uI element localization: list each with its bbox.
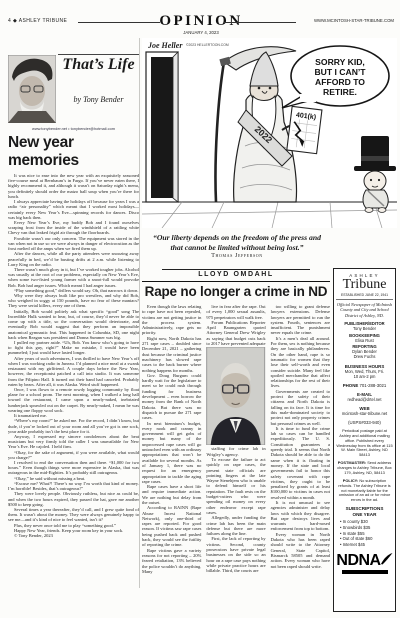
pull-quote: “Our liberty depends on the freedom of t…: [146, 233, 328, 259]
thats-life-rule: [58, 54, 139, 55]
svg-text:RETIRE.: RETIRE.: [323, 87, 357, 97]
body-paragraph: © Tony Bender, 2023: [8, 533, 139, 538]
body-paragraph: I resolved to end the conversation then …: [8, 460, 139, 476]
article-column-2-bottom: staffing for crime lab in Wrigley’s agen…: [206, 446, 265, 573]
policy-notice: POLICY: No subscription refunds. The Ash…: [336, 479, 393, 503]
column-divider: [139, 38, 140, 588]
body-paragraph: There wasn’t much glory in it, but I’ve …: [8, 267, 139, 288]
article-column-3: too willing to grant defense lawyers ext…: [271, 304, 330, 586]
body-paragraph: I always appreciate having the holidays …: [8, 199, 139, 220]
business-hours: Mon, Wed, Thurs, Fri. 10 am-2 pm: [336, 369, 393, 379]
postmaster-notice: POSTMASTER: Send address changes to Ashl…: [336, 461, 393, 476]
article-paragraph: Rape victims gave a variety reasons for …: [142, 548, 201, 574]
thats-life-headline: New year memories: [8, 134, 139, 170]
publication-name: ASHLEY TRIBUNE: [19, 18, 68, 24]
subscription-rate: Internet $45: [340, 542, 393, 548]
401k-chart-paper: 401(k): [287, 106, 322, 153]
article-paragraph: Even though the laws relating to rape ha…: [142, 304, 201, 336]
article-paragraph: Forum Publications Reporter April Baumga…: [206, 320, 265, 346]
cartoonist-credit: ©2023 HELLERTOON.COM: [186, 43, 229, 47]
article-column-2: live in fear after the rape. Out of ever…: [206, 304, 265, 586]
body-paragraph: Why were they always built like pro wres…: [8, 293, 139, 309]
lloyd-omdahl-photo: [206, 347, 265, 445]
editorial-cartoon: Joe Heller ©2023 HELLERTOON.COM: [142, 38, 397, 228]
quote-attribution: Thomas Jefferson: [146, 253, 328, 259]
article-paragraph: too willing to grant defense lawyers ext…: [271, 304, 330, 336]
phone-number: 701-288-3021: [360, 383, 387, 388]
issue-date: JANUARY 4, 2023: [183, 30, 218, 35]
header-rule-left: [78, 22, 160, 23]
body-paragraph: Several times a year thereafter, they’d …: [8, 507, 139, 523]
quill-icon: [381, 553, 393, 565]
staff-name: Dylan Bender Drew Fuchs: [336, 349, 393, 359]
ndna-logo: NDNA: [336, 553, 393, 574]
byline-rule-top: [162, 269, 310, 270]
cartoon-doorway: [146, 52, 178, 202]
quote-text: “Our liberty depends on the freedom of t…: [146, 233, 328, 252]
body-paragraph: They were lovely people. Obviously ruthl…: [8, 491, 139, 507]
email-address: redhead@drtel.net: [336, 397, 393, 402]
body-paragraph: “Where’s my room?” he asked me. For the …: [8, 418, 139, 434]
body-paragraph: It was nice to ease into the new year wi…: [8, 173, 139, 199]
body-paragraph: “Okay, for the sake of argument, if you …: [8, 450, 139, 460]
postage-notice: Periodical postage paid at Ashley and ad…: [336, 429, 393, 458]
body-paragraph: Once, I was flown to a remote rowdy logg…: [8, 387, 139, 413]
svg-text:AFFORD TO: AFFORD TO: [315, 77, 365, 87]
masthead-established: ESTABLISHED JUNE 22, 1941: [336, 293, 393, 300]
article-paragraph: staffing for crime lab in Wrigley’s agen…: [206, 446, 265, 457]
article-paragraph: Governments are created to protect the s…: [271, 389, 330, 426]
thats-life-title: That’s Life: [59, 57, 138, 72]
body-paragraph: Frostbite wasn’t our only concern. The e…: [8, 236, 139, 252]
web-address: mcintosh-star-tribune.net: [336, 411, 393, 416]
body-paragraph: Anyway, I expressed my sincere condolenc…: [8, 434, 139, 450]
staff-name: Elisa Rust: [336, 338, 393, 343]
thats-life-body: It was nice to ease into the new year wi…: [8, 173, 139, 603]
article-paragraph: Allegedly, under funding the crime lab h…: [206, 515, 265, 536]
body-paragraph: “Excuse me? What?! There’s no way I’m wo…: [8, 481, 139, 491]
masthead-box: ASHLEY Tribune ESTABLISHED JUNE 22, 1941…: [333, 268, 396, 612]
thats-life-byline: by Tony Bender: [59, 95, 138, 104]
ndna-banner: [342, 570, 388, 574]
phone-line: PHONE 701-288-3021: [336, 383, 393, 388]
website-url: WWW.MCINTOSH-STAR-TRIBUNE.COM: [314, 18, 394, 23]
staff-name: Tony Bender: [336, 326, 393, 331]
body-paragraph: After the dances, while all the party at…: [8, 251, 139, 267]
page-number: 4: [8, 18, 11, 24]
article-column-2-top: live in fear after the rape. Out of ever…: [206, 304, 265, 346]
folio-left: 4 ◆ ASHLEY TRIBUNE: [8, 18, 67, 24]
thats-life-contact: www.tonybender.net • tonybender@hotmail.…: [8, 126, 139, 131]
tony-bender-photo: [8, 55, 56, 123]
article-paragraph: First, the lack of reporting by victims.…: [206, 536, 265, 573]
article-paragraph: live in fear after the rape. Out of ever…: [206, 304, 265, 320]
article-columns: Even though the laws relating to rape ha…: [142, 304, 330, 586]
article-paragraph: Rape cases have a short life and require…: [142, 484, 201, 505]
article-paragraph: Gov. Doug Burgum could hardly wait for t…: [142, 373, 201, 421]
article-headline: Rape no longer a crime in ND: [142, 284, 330, 299]
article-paragraph: In next biennium’s budget, every nook an…: [142, 421, 201, 485]
masthead-tribune: Tribune: [336, 278, 393, 292]
header-rule-right: [224, 22, 296, 23]
article-paragraph: To excuse the failure to act quickly on …: [206, 457, 265, 515]
thats-life-column: That’s Life by Tony Bender www.tonybende…: [8, 40, 139, 603]
article-paragraph: Right now, North Dakota has 271 rape cas…: [142, 336, 201, 373]
masthead-official-text: Official Newspaper of McIntosh County an…: [336, 302, 393, 318]
article-paragraph: It’s a men’s deal all around. For them, …: [271, 336, 330, 389]
thats-life-masthead: That’s Life by Tony Bender www.tonybende…: [8, 40, 139, 133]
page-header: 4 ◆ ASHLEY TRIBUNE OPINION JANUARY 4, 20…: [8, 13, 394, 37]
article-paragraph: It is not unusual to see agencies admini…: [271, 500, 330, 532]
svg-text:SORRY KID,: SORRY KID,: [315, 57, 365, 67]
article-paragraph: Every woman in North Dakota who has been…: [271, 532, 330, 569]
body-paragraph: Every New Year’s Eve, my buddy Bob and I…: [8, 220, 139, 236]
article-paragraph: It is time to fund the crime lab so case…: [271, 426, 330, 500]
body-paragraph: After years of such adventures, I was th…: [8, 356, 139, 387]
body-paragraph: Initially, Bob would politely ask what s…: [8, 309, 139, 340]
usps-number: (USPS#033-940): [336, 420, 393, 425]
cartoonist-signature: Joe Heller: [147, 41, 183, 50]
svg-text:BUT I CAN’T: BUT I CAN’T: [314, 67, 366, 77]
byline-rule-bottom: [142, 281, 330, 282]
article-column-1: Even though the laws relating to rape ha…: [142, 304, 201, 586]
body-paragraph: I pulled my partner aside. “Uh, Bob. You…: [8, 340, 139, 356]
phone-label: PHONE: [343, 383, 359, 388]
newspaper-opinion-page: 4 ◆ ASHLEY TRIBUNE OPINION JANUARY 4, 20…: [0, 0, 400, 618]
columnist-byline: LLOYD OMDAHL: [142, 271, 330, 278]
article-paragraph: According to RAINN (Rape Abuse Incest Na…: [142, 505, 201, 547]
subscription-rates: In county $30Snowbirds $35In state $55Ou…: [340, 519, 393, 547]
subscriptions-label: SUBSCRIPTIONS ONE YEAR: [336, 506, 393, 517]
